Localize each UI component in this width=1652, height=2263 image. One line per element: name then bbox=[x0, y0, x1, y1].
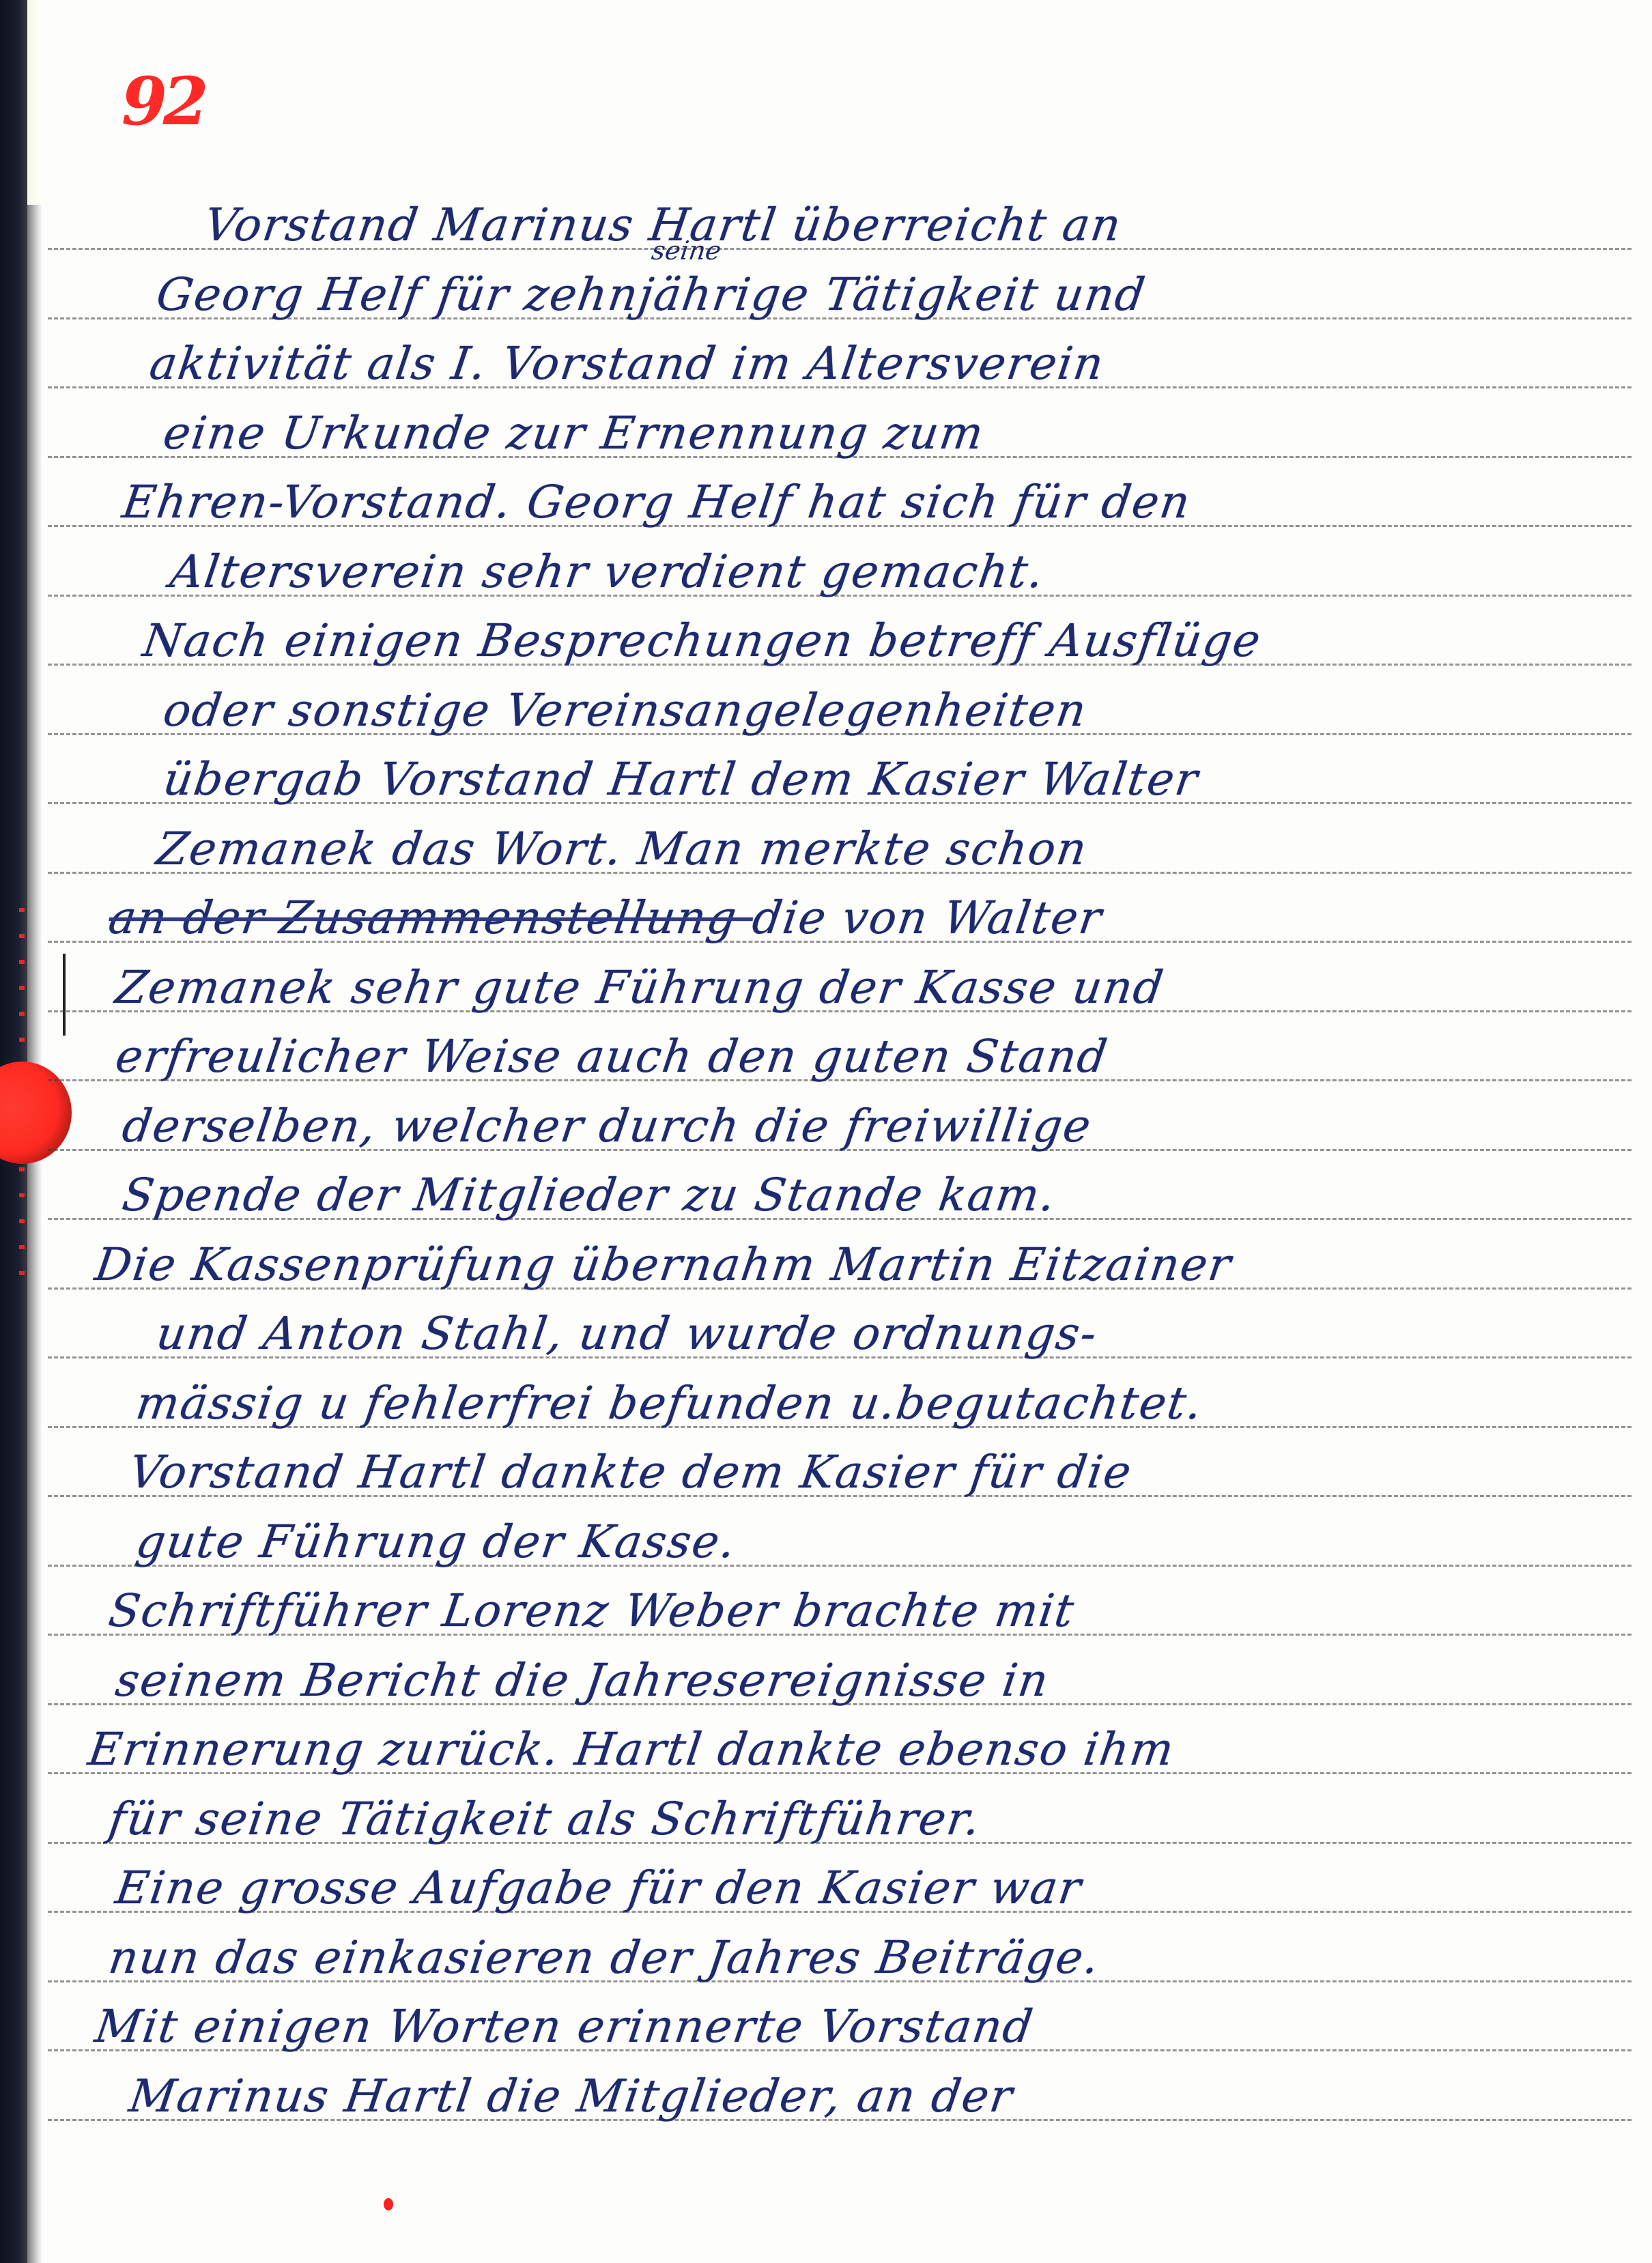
text-line: erfreulicher Weise auch den guten Stand bbox=[113, 1034, 1111, 1079]
text-line: Nach einigen Besprechungen betreff Ausfl… bbox=[140, 618, 1264, 664]
text-line: Georg Helf für zehnjährige Tätigkeit und bbox=[154, 272, 1148, 317]
text-line: aktivität als I. Vorstand im Altersverei… bbox=[147, 341, 1107, 386]
binding-shadow bbox=[27, 205, 42, 2263]
text-line: oder sonstige Vereinsangelegenheiten bbox=[160, 688, 1090, 733]
line-text: Nach einigen Besprechungen betreff Ausfl… bbox=[140, 614, 1265, 667]
line-text: die von Walter bbox=[750, 892, 1106, 944]
text-line: Vorstand Marinus Hartl überreicht an bbox=[201, 203, 1124, 248]
line-text: eine Urkunde zur Ernennung zum bbox=[160, 407, 988, 459]
text-line: Vorstand Hartl dankte dem Kasier für die bbox=[126, 1450, 1135, 1495]
text-line: mässig u fehlerfrei befunden u.begutacht… bbox=[133, 1381, 1206, 1426]
line-text: für seine Tätigkeit als Schriftführer. bbox=[106, 1793, 985, 1845]
page-number: 92 bbox=[122, 63, 205, 140]
line-text: mässig u fehlerfrei befunden u.begutacht… bbox=[133, 1377, 1207, 1429]
text-line: und Anton Stahl, und wurde ordnungs- bbox=[154, 1311, 1100, 1356]
text-line: Spende der Mitglieder zu Stande kam. bbox=[119, 1173, 1059, 1218]
line-text: Erinnerung zurück. Hartl dankte ebenso i… bbox=[85, 1723, 1178, 1776]
text-line: Die Kassenprüfung übernahm Martin Eitzai… bbox=[92, 1242, 1234, 1287]
line-text: Zemanek sehr gute Führung der Kasse und bbox=[113, 961, 1168, 1014]
text-line: übergab Vorstand Hartl dem Kasier Walter bbox=[160, 757, 1201, 802]
text-line: eine Urkunde zur Ernennung zum bbox=[160, 411, 987, 456]
text-line: Schriftführer Lorenz Weber brachte mit bbox=[106, 1589, 1077, 1634]
line-text: übergab Vorstand Hartl dem Kasier Walter bbox=[160, 753, 1202, 806]
text-line: für seine Tätigkeit als Schriftführer. bbox=[106, 1797, 984, 1842]
line-text: Mit einigen Worten erinnerte Vorstand bbox=[92, 2000, 1038, 2053]
line-text: Vorstand Marinus Hartl überreicht an bbox=[201, 199, 1126, 251]
line-text: nun das einkasieren der Jahres Beiträge. bbox=[106, 1931, 1104, 1984]
line-text: derselben, welcher durch die freiwillige bbox=[119, 1100, 1096, 1152]
line-text: Georg Helf für zehnjährige Tätigkeit und bbox=[154, 268, 1150, 321]
line-text: Altersverein sehr verdient gemacht. bbox=[167, 545, 1049, 598]
line-text: Schriftführer Lorenz Weber brachte mit bbox=[106, 1584, 1079, 1637]
red-ink-dot bbox=[384, 2198, 393, 2210]
line-text: gute Führung der Kasse. bbox=[133, 1515, 740, 1568]
line-text: Marinus Hartl die Mitglieder, an der bbox=[126, 2070, 1017, 2122]
line-text: Vorstand Hartl dankte dem Kasier für die bbox=[126, 1446, 1136, 1498]
text-line: an der Zusammenstellung die von Walter bbox=[106, 896, 1105, 941]
struck-through-text: an der Zusammenstellung bbox=[106, 892, 757, 944]
line-text: Eine grosse Aufgabe für den Kasier war bbox=[113, 1862, 1085, 1914]
line-text: Zemanek das Wort. Man merkte schon bbox=[154, 823, 1092, 875]
line-text: aktivität als I. Vorstand im Altersverei… bbox=[147, 337, 1108, 390]
text-line: Eine grosse Aufgabe für den Kasier war bbox=[113, 1866, 1085, 1911]
line-text: Ehren-Vorstand. Georg Helf hat sich für … bbox=[119, 476, 1195, 528]
text-line: nun das einkasieren der Jahres Beiträge. bbox=[106, 1935, 1102, 1980]
text-line: Altersverein sehr verdient gemacht. bbox=[167, 550, 1047, 595]
text-line: derselben, welcher durch die freiwillige bbox=[119, 1104, 1094, 1149]
text-line: Marinus Hartl die Mitglieder, an der bbox=[126, 2074, 1016, 2119]
text-line: Erinnerung zurück. Hartl dankte ebenso i… bbox=[85, 1727, 1178, 1772]
line-text: seinem Bericht die Jahresereignisse in bbox=[113, 1654, 1053, 1707]
text-line: seinem Bericht die Jahresereignisse in bbox=[113, 1658, 1052, 1703]
text-line: Zemanek sehr gute Führung der Kasse und bbox=[113, 965, 1167, 1010]
text-line: Zemanek das Wort. Man merkte schon bbox=[154, 827, 1090, 872]
text-line: gute Führung der Kasse. bbox=[133, 1520, 739, 1565]
text-line: Mit einigen Worten erinnerte Vorstand bbox=[92, 2004, 1036, 2049]
margin-bar-mark bbox=[63, 954, 66, 1036]
text-line: Ehren-Vorstand. Georg Helf hat sich für … bbox=[119, 480, 1193, 525]
line-text: Spende der Mitglieder zu Stande kam. bbox=[119, 1169, 1060, 1221]
line-text: erfreulicher Weise auch den guten Stand bbox=[113, 1030, 1112, 1083]
line-text: oder sonstige Vereinsangelegenheiten bbox=[160, 684, 1091, 737]
line-text: Die Kassenprüfung übernahm Martin Eitzai… bbox=[92, 1238, 1236, 1291]
line-text: und Anton Stahl, und wurde ordnungs- bbox=[154, 1307, 1101, 1360]
